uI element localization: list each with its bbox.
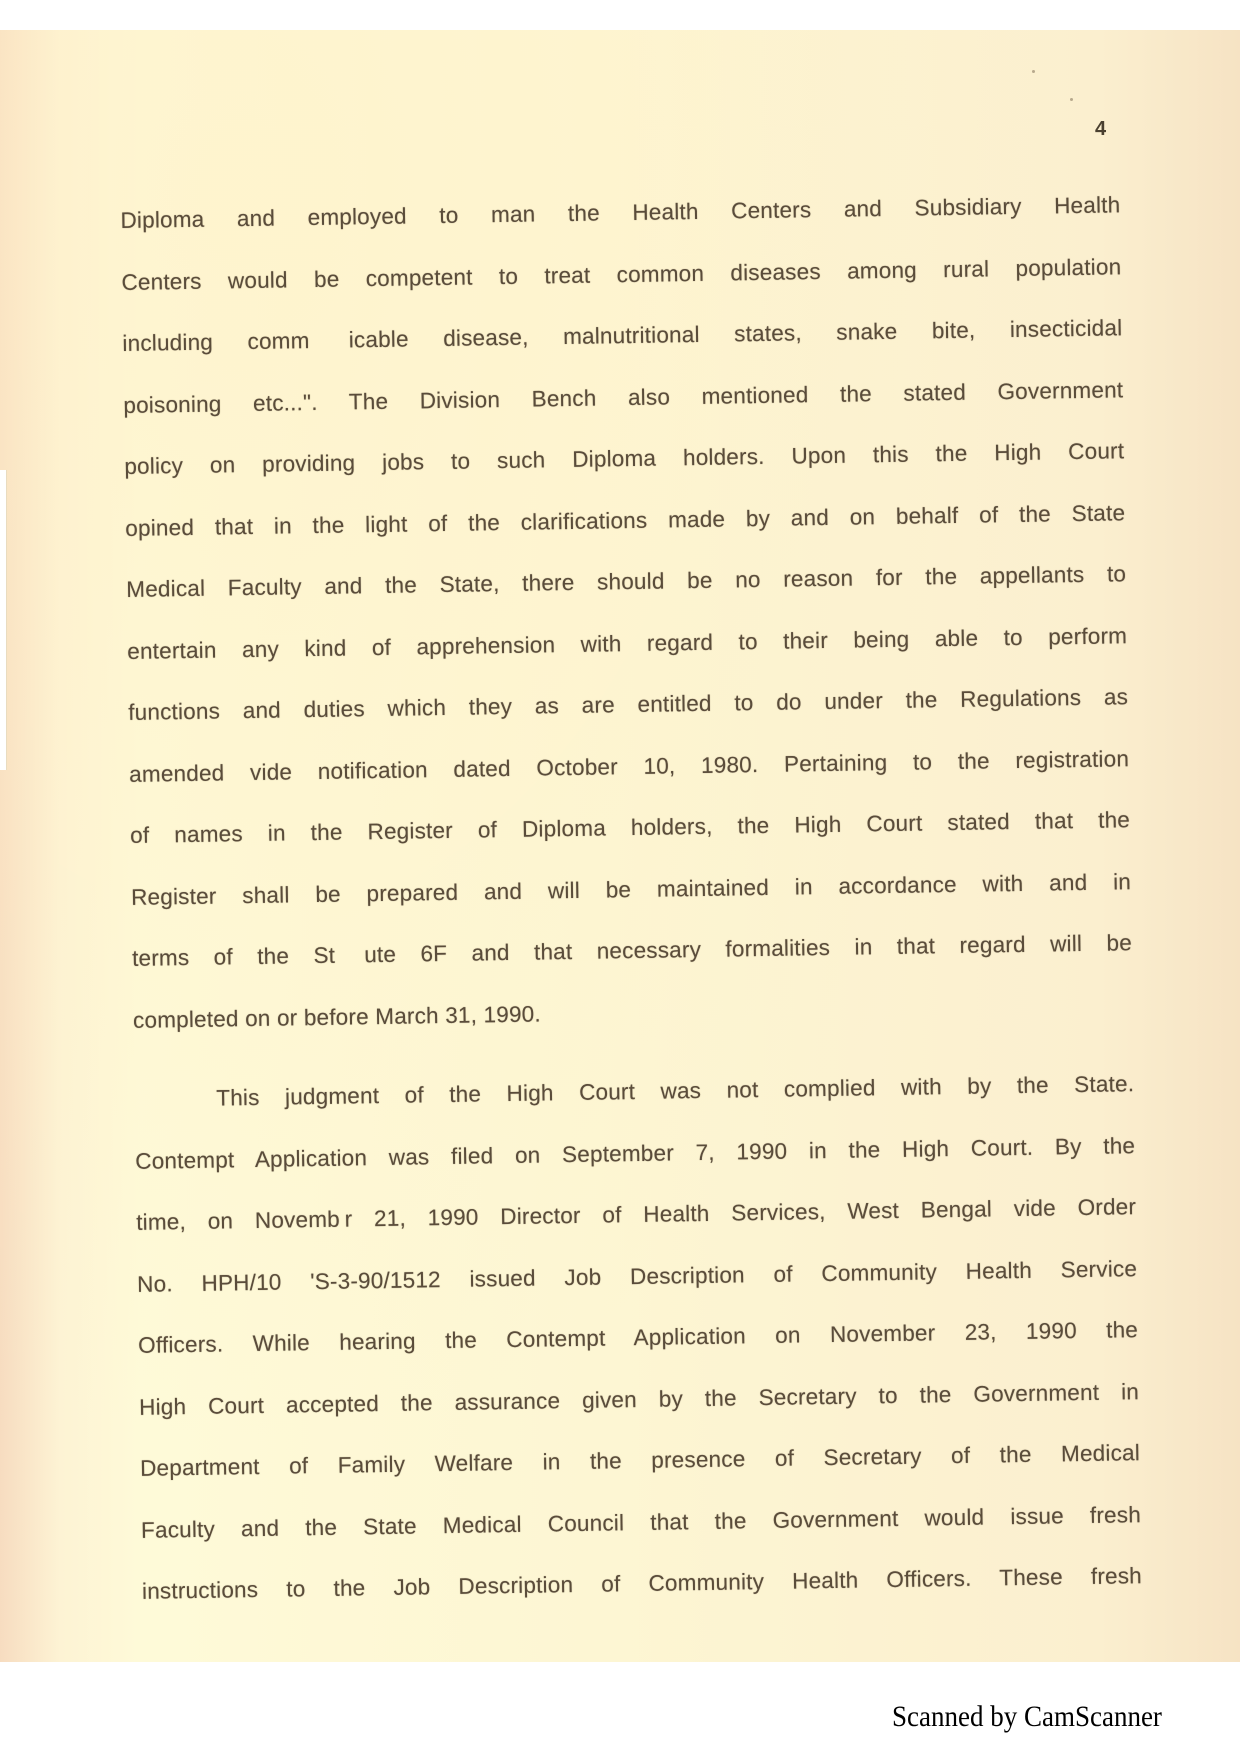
scanned-page: 4 Diploma and employed to man the Health… <box>0 30 1240 1662</box>
document-body: Diploma and employed to man the Health C… <box>120 174 1142 1622</box>
paragraph: Diploma and employed to man the Health C… <box>120 174 1133 1051</box>
page-number: 4 <box>1095 118 1106 141</box>
paragraph: This judgment of the High Court was not … <box>134 1053 1143 1622</box>
scan-speck <box>1032 70 1035 73</box>
page-edge-strip <box>0 470 7 770</box>
camscanner-watermark: Scanned by CamScanner <box>892 1700 1162 1734</box>
scan-speck <box>1070 98 1073 101</box>
